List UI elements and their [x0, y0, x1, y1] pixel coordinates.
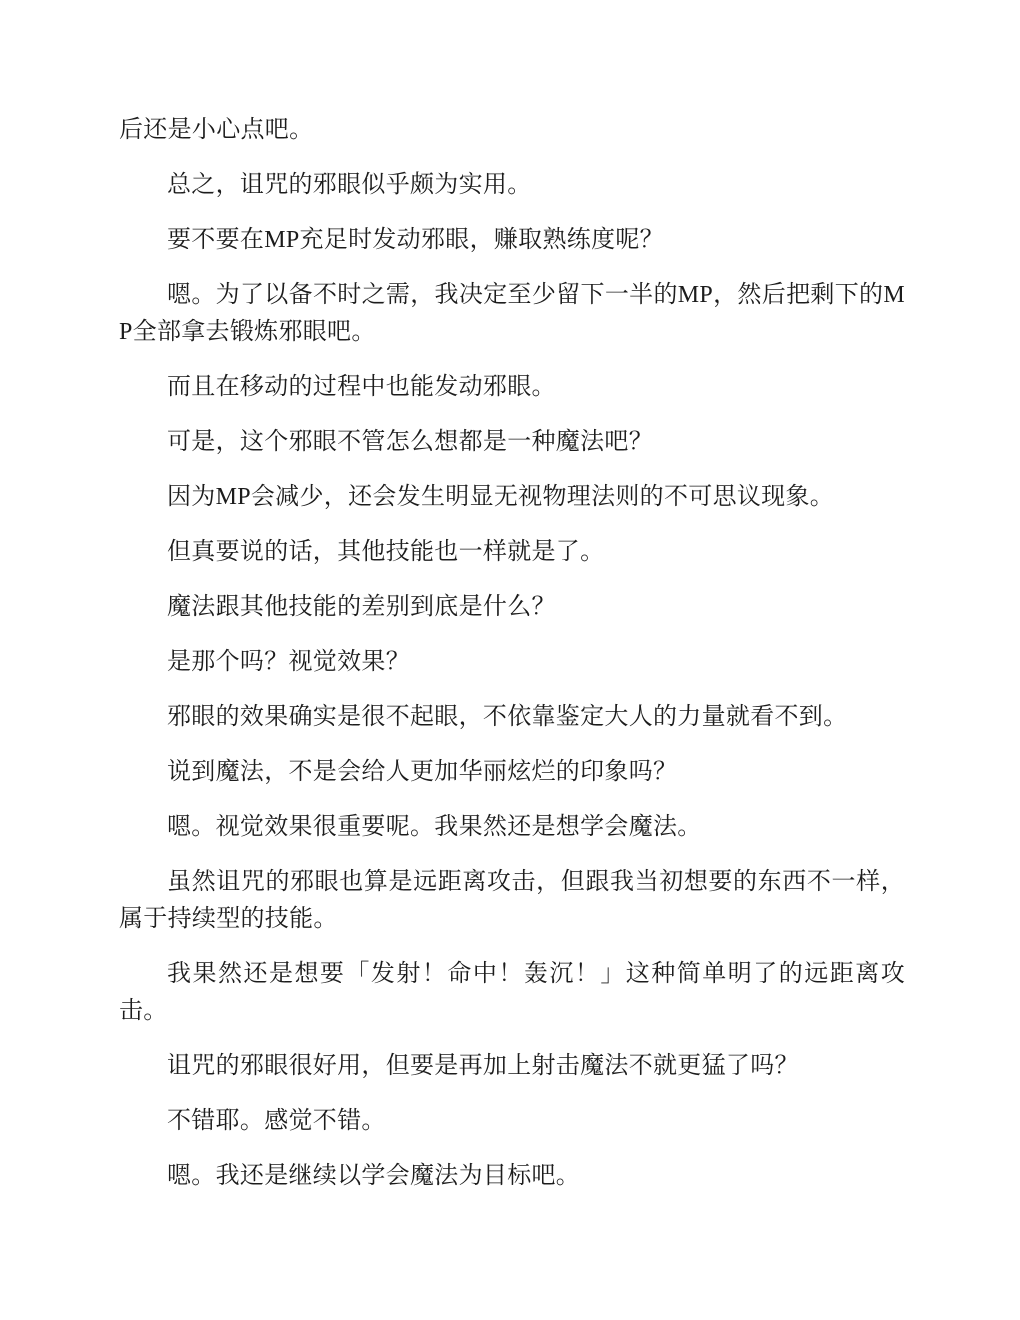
paragraph: 但真要说的话，其他技能也一样就是了。: [119, 534, 905, 571]
paragraph: 不错耶。感觉不错。: [119, 1103, 905, 1140]
paragraph: 嗯。我还是继续以学会魔法为目标吧。: [119, 1158, 905, 1195]
paragraph: 要不要在MP充足时发动邪眼，赚取熟练度呢？: [119, 222, 905, 259]
paragraph: 邪眼的效果确实是很不起眼，不依靠鉴定大人的力量就看不到。: [119, 699, 905, 736]
paragraph: 嗯。视觉效果很重要呢。我果然还是想学会魔法。: [119, 809, 905, 846]
paragraph: 总之，诅咒的邪眼似乎颇为实用。: [119, 167, 905, 204]
paragraph: 是那个吗？视觉效果？: [119, 644, 905, 681]
paragraph: 魔法跟其他技能的差别到底是什么？: [119, 589, 905, 626]
paragraph: 虽然诅咒的邪眼也算是远距离攻击，但跟我当初想要的东西不一样，属于持续型的技能。: [119, 864, 905, 938]
paragraph: 后还是小心点吧。: [119, 112, 905, 149]
paragraph: 说到魔法，不是会给人更加华丽炫烂的印象吗？: [119, 754, 905, 791]
document-body: 后还是小心点吧。总之，诅咒的邪眼似乎颇为实用。要不要在MP充足时发动邪眼，赚取熟…: [119, 112, 905, 1195]
paragraph: 我果然还是想要「发射！命中！轰沉！」这种简单明了的远距离攻击。: [119, 956, 905, 1030]
paragraph: 诅咒的邪眼很好用，但要是再加上射击魔法不就更猛了吗？: [119, 1048, 905, 1085]
paragraph: 因为MP会减少，还会发生明显无视物理法则的不可思议现象。: [119, 479, 905, 516]
paragraph: 而且在移动的过程中也能发动邪眼。: [119, 369, 905, 406]
paragraph: 嗯。为了以备不时之需，我决定至少留下一半的MP，然后把剩下的MP全部拿去锻炼邪眼…: [119, 277, 905, 351]
paragraph: 可是，这个邪眼不管怎么想都是一种魔法吧？: [119, 424, 905, 461]
document-page: 后还是小心点吧。总之，诅咒的邪眼似乎颇为实用。要不要在MP充足时发动邪眼，赚取熟…: [0, 0, 1020, 1320]
